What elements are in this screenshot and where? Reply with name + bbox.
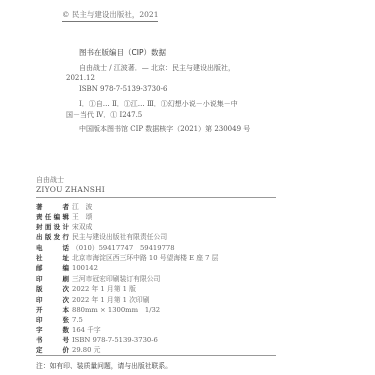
info-value: 江 波: [72, 203, 92, 211]
info-row-postcode: 邮 编100142: [36, 264, 98, 274]
info-row-address: 社 址北京市海淀区西三环中路 10 号望海楼 E 座 7 层: [36, 254, 218, 264]
info-value: 民主与建设出版社有限责任公司: [72, 233, 167, 241]
info-row-word-count: 字 数164 千字: [36, 326, 101, 336]
cip-line: 2021.12: [66, 74, 95, 82]
cip-heading: 图书在版编目（CIP）数据: [79, 47, 166, 58]
info-label: 开 本: [36, 306, 69, 316]
info-row-sheets: 印 张7.5: [36, 316, 83, 326]
info-value: 王 颂: [72, 213, 92, 221]
cip-line: ISBN 978-7-5139-3730-6: [79, 85, 167, 93]
copyright-notice: © 民主与建设出版社，2021: [62, 9, 158, 22]
info-row-cover-design: 封面设计宋双成: [36, 223, 92, 233]
info-value: ISBN 978-7-5139-3730-6: [72, 336, 158, 344]
info-label: 邮 编: [36, 264, 69, 274]
info-row-editor: 责任编辑王 颂: [36, 213, 92, 223]
info-value: 29.80 元: [72, 346, 100, 354]
info-value: 880mm × 1300mm 1/32: [72, 306, 160, 314]
cip-line: Ⅰ．①自… Ⅱ．①江… Ⅲ．①幻想小说－小说集－中: [79, 99, 238, 109]
quality-note: 注：如有印、装质量问题，请与出版社联系。: [36, 360, 172, 370]
info-row-edition: 版 次2022 年 1 月第 1 版: [36, 285, 136, 295]
info-label: 社 址: [36, 254, 69, 264]
cip-line: 国－当代 Ⅳ．① I247.5: [66, 110, 142, 120]
info-value: 2022 年 1 月第 1 版: [72, 285, 136, 293]
info-value: 7.5: [72, 316, 83, 324]
info-value: 北京市海淀区西三环中路 10 号望海楼 E 座 7 层: [72, 254, 218, 262]
info-value: 164 千字: [72, 326, 101, 334]
cip-data-number: 中国版本图书馆 CIP 数据核字（2021）第 230049 号: [79, 124, 250, 134]
info-label: 责任编辑: [36, 213, 69, 223]
book-title: 自由战士: [36, 175, 64, 185]
info-row-publisher: 出版发行民主与建设出版社有限责任公司: [36, 233, 167, 243]
info-label: 字 数: [36, 326, 69, 336]
info-row-printing: 印 次2022 年 1 月第 1 次印刷: [36, 296, 150, 306]
info-value: 宋双成: [72, 223, 92, 231]
cip-line: 自由战士 / 江波著．— 北京：民主与建设出版社，: [79, 63, 235, 73]
info-label: 电 话: [36, 244, 69, 254]
info-value: 100142: [72, 264, 98, 272]
info-label: 书 号: [36, 336, 69, 346]
info-value: 三河市冠宏印刷装订有限公司: [72, 275, 160, 283]
info-value: 2022 年 1 月第 1 次印刷: [72, 296, 150, 304]
info-label: 印 刷: [36, 275, 69, 285]
info-row-isbn: 书 号ISBN 978-7-5139-3730-6: [36, 336, 158, 346]
info-row-format: 开 本880mm × 1300mm 1/32: [36, 306, 160, 316]
info-label: 印 张: [36, 316, 69, 326]
info-label: 印 次: [36, 296, 69, 306]
info-row-phone: 电 话（010）59417747 59419778: [36, 244, 175, 254]
divider: [36, 355, 276, 356]
info-row-printer: 印 刷三河市冠宏印刷装订有限公司: [36, 275, 160, 285]
info-label: 著 者: [36, 203, 69, 213]
book-title-pinyin: ZIYOU ZHANSHI: [36, 185, 105, 194]
info-label: 封面设计: [36, 223, 69, 233]
info-row-author: 著 者江 波: [36, 203, 92, 213]
info-label: 版 次: [36, 285, 69, 295]
info-label: 出版发行: [36, 233, 69, 243]
info-value: （010）59417747 59419778: [72, 244, 175, 252]
divider: [36, 197, 276, 198]
